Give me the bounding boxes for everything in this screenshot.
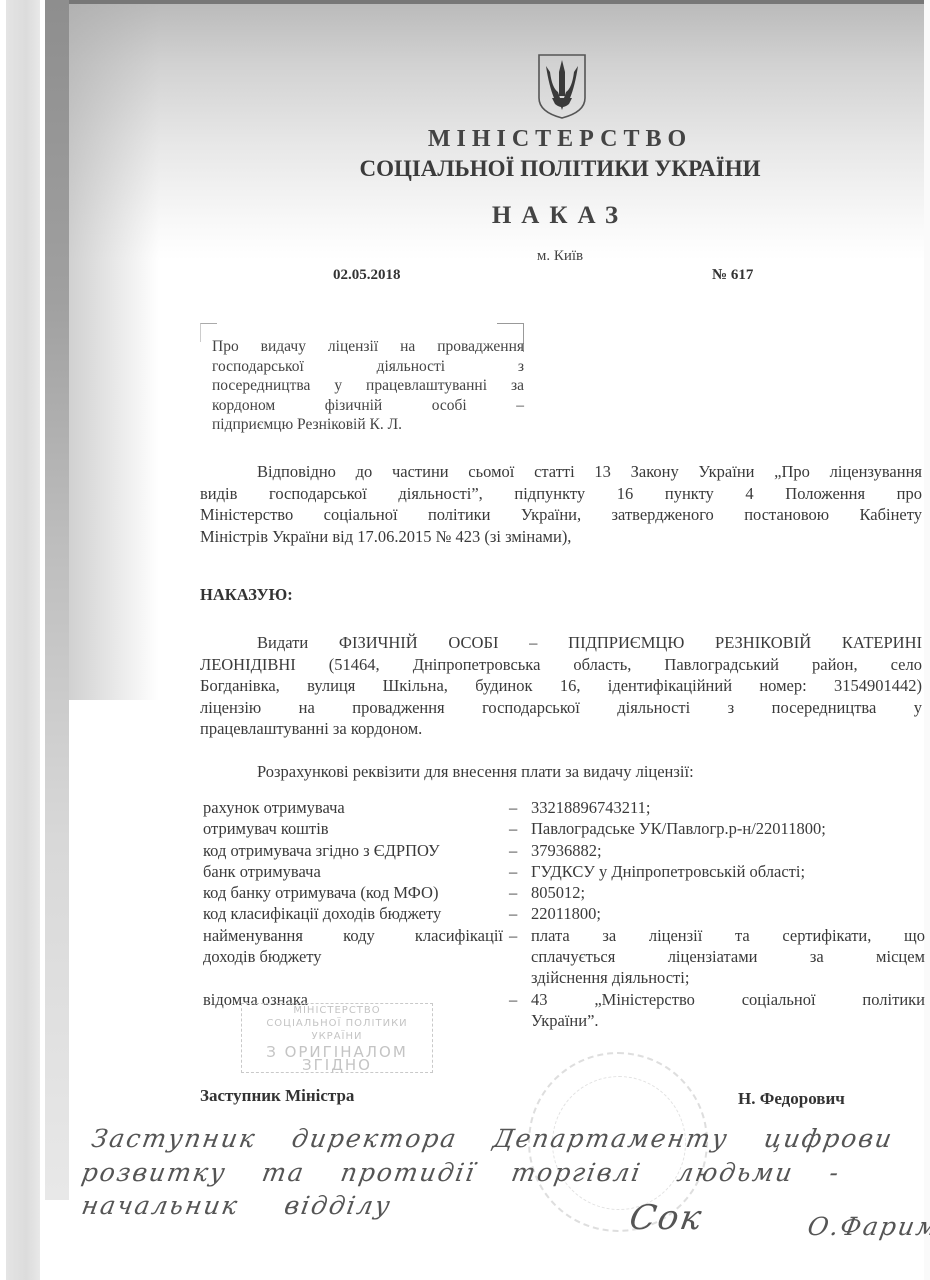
dash: – — [503, 925, 531, 989]
handwritten-name: О.Фаримен — [805, 1212, 930, 1241]
subject-line: господарської діяльності з — [212, 357, 524, 377]
requisite-value: 43 „Міністерство соціальної політики — [531, 989, 925, 1010]
dash: – — [503, 840, 531, 861]
requisite-value: плата за ліцензії та сертифікати, що — [531, 925, 925, 946]
requisite-label: код отримувача згідно з ЄДРПОУ — [203, 840, 503, 861]
requisite-label: банк отримувача — [203, 861, 503, 882]
requisite-row: отримувач коштів – Павлоградське УК/Павл… — [203, 818, 925, 839]
subject-line: Про видачу ліцензії на провадження — [212, 337, 524, 357]
requisite-value-block: 43 „Міністерство соціальної політики Укр… — [531, 989, 925, 1032]
trident-emblem-icon — [536, 52, 588, 120]
order-subject: Про видачу ліцензії на провадження госпо… — [212, 337, 524, 435]
requisite-label: отримувач коштів — [203, 818, 503, 839]
requisites-title: Розрахункові реквізити для внесення плат… — [257, 762, 694, 782]
dash: – — [503, 818, 531, 839]
stamp-line: З ОРИГІНАЛОМ ЗГІДНО — [242, 1046, 432, 1072]
preamble-line: Міністерство соціальної політики України… — [200, 504, 922, 526]
requisite-value: 37936882; — [531, 840, 925, 861]
requisite-label-block: найменування коду класифікації доходів б… — [203, 925, 503, 989]
payment-requisites: рахунок отримувача – 33218896743211; отр… — [203, 797, 925, 1031]
dash: – — [503, 797, 531, 818]
requisite-value: 805012; — [531, 882, 925, 903]
orders-heading: НАКАЗУЮ: — [200, 585, 293, 605]
requisite-value: ГУДКСУ у Дніпропетровській області; — [531, 861, 925, 882]
order-number: № 617 — [712, 267, 753, 284]
copy-verified-stamp: МІНІСТЕРСТВО СОЦІАЛЬНОЇ ПОЛІТИКИ УКРАЇНИ… — [241, 1003, 433, 1073]
requisite-row: код отримувача згідно з ЄДРПОУ – 3793688… — [203, 840, 925, 861]
requisite-value: 22011800; — [531, 903, 925, 924]
requisite-label: доходів бюджету — [203, 946, 503, 967]
requisite-value-block: плата за ліцензії та сертифікати, що спл… — [531, 925, 925, 989]
scan-shadow-left — [69, 0, 159, 700]
requisite-value: здійснення діяльності; — [531, 967, 925, 988]
document-type: НАКАЗ — [330, 202, 790, 230]
signatory-title: Заступник Міністра — [200, 1086, 354, 1106]
decree-line: ЛЕОНІДІВНІ (51464, Дніпропетровська обла… — [200, 654, 922, 676]
requisite-value: Павлоградське УК/Павлогр.р-н/22011800; — [531, 818, 925, 839]
dash: – — [503, 989, 531, 1032]
handwritten-line: начальник відділу — [79, 1191, 394, 1220]
decree-line: ліцензію на провадження господарської ді… — [200, 697, 922, 719]
requisite-row: банк отримувача – ГУДКСУ у Дніпропетровс… — [203, 861, 925, 882]
decree-line: працевлаштуванні за кордоном. — [200, 718, 922, 740]
requisite-label: код класифікації доходів бюджету — [203, 903, 503, 924]
preamble-paragraph: Відповідно до частини сьомої статті 13 З… — [200, 461, 922, 547]
preamble-line: видів господарської діяльності”, підпунк… — [200, 483, 922, 505]
ministry-subtitle: СОЦІАЛЬНОЇ ПОЛІТИКИ УКРАЇНИ — [330, 156, 790, 182]
stamp-line: УКРАЇНИ — [242, 1030, 432, 1043]
subject-line: посередництва у працевлаштуванні за — [212, 376, 524, 396]
requisite-row-classification: найменування коду класифікації доходів б… — [203, 925, 925, 989]
preamble-line: Відповідно до частини сьомої статті 13 З… — [200, 461, 922, 483]
scan-margin-left — [6, 0, 40, 1280]
signatory-name: Н. Федорович — [738, 1089, 845, 1109]
requisite-value: 33218896743211; — [531, 797, 925, 818]
ministry-title: МІНІСТЕРСТВО — [330, 126, 790, 153]
scan-top-border — [69, 0, 924, 4]
requisite-label: рахунок отримувача — [203, 797, 503, 818]
subject-line: підприємцю Резніковій К. Л. — [212, 415, 524, 435]
decree-line: Богданівка, вулиця Шкільна, будинок 16, … — [200, 675, 922, 697]
stamp-line: МІНІСТЕРСТВО — [242, 1004, 432, 1017]
requisite-row: код класифікації доходів бюджету – 22011… — [203, 903, 925, 924]
requisite-value: сплачується ліцензіатами за місцем — [531, 946, 925, 967]
requisite-row: рахунок отримувача – 33218896743211; — [203, 797, 925, 818]
decree-line: Видати ФІЗИЧНІЙ ОСОБІ – ПІДПРИЄМЦЮ РЕЗНІ… — [200, 632, 922, 654]
requisite-row: код банку отримувача (код МФО) – 805012; — [203, 882, 925, 903]
requisite-value: України”. — [531, 1010, 925, 1031]
requisite-label: найменування коду класифікації — [203, 925, 503, 946]
dash: – — [503, 861, 531, 882]
handwritten-signature: Сок — [626, 1198, 706, 1238]
stamp-line: СОЦІАЛЬНОЇ ПОЛІТИКИ — [242, 1017, 432, 1030]
handwritten-line: розвитку та протидії торгівлі людьми - — [79, 1158, 842, 1187]
page-right-edge — [924, 0, 930, 1280]
dash: – — [503, 903, 531, 924]
order-date: 02.05.2018 — [333, 267, 401, 284]
requisite-label: код банку отримувача (код МФО) — [203, 882, 503, 903]
handwritten-line: Заступник директора Департаменту цифрови — [89, 1124, 895, 1153]
subject-line: кордоном фізичній особі – — [212, 396, 524, 416]
decree-paragraph: Видати ФІЗИЧНІЙ ОСОБІ – ПІДПРИЄМЦЮ РЕЗНІ… — [200, 632, 922, 740]
scan-shadow-edge — [45, 0, 69, 1200]
city: м. Київ — [330, 248, 790, 265]
dash: – — [503, 882, 531, 903]
preamble-line: Міністрів України від 17.06.2015 № 423 (… — [200, 526, 922, 548]
